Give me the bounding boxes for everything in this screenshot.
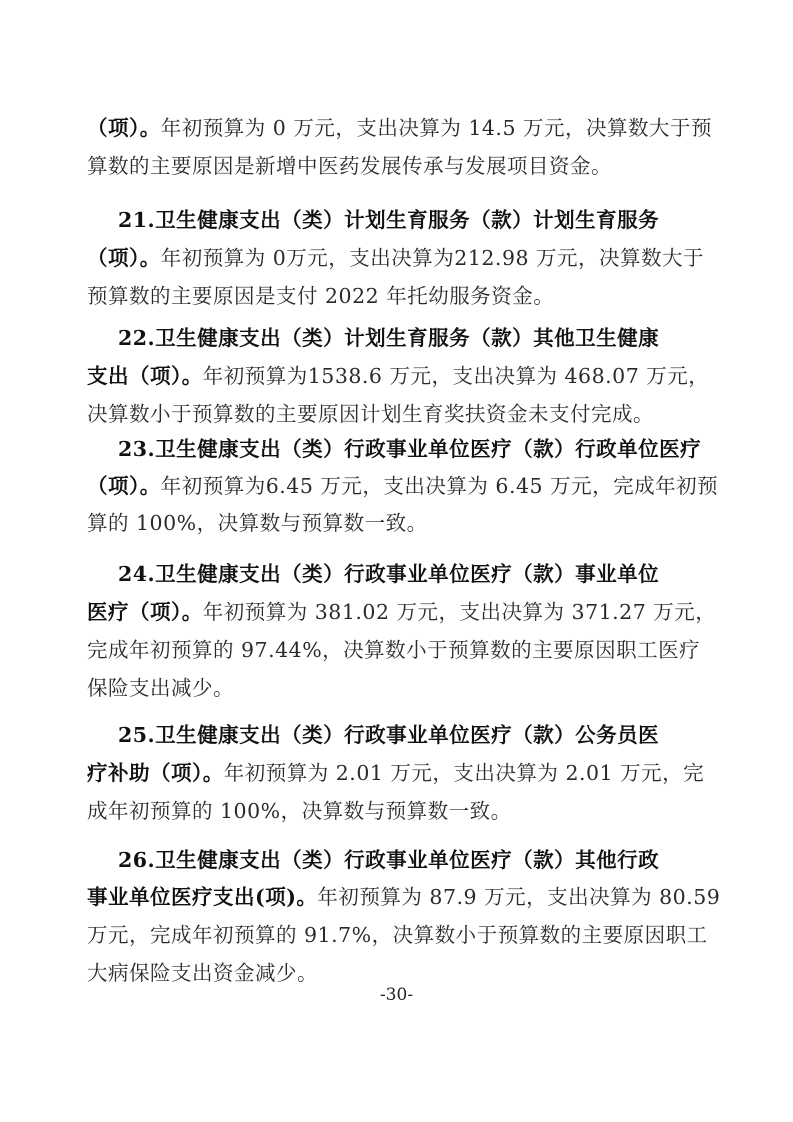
- paragraph-heading: 25.卫生健康支出（类）行政事业单位医疗（款）公务员医: [118, 720, 738, 750]
- paragraph-heading: 21.卫生健康支出（类）计划生育服务（款）计划生育服务: [118, 205, 738, 235]
- item-heading: 医疗（项）。: [87, 600, 203, 624]
- paragraph-line: （项）。年初预算为 0万元，支出决算为212.98 万元，决算数大于: [87, 243, 707, 273]
- paragraph-heading: 23.卫生健康支出（类）行政事业单位医疗（款）行政单位医疗: [118, 434, 738, 464]
- paragraph-line: 医疗（项）。年初预算为 381.02 万元，支出决算为 371.27 万元，: [87, 597, 707, 627]
- item-heading: 25.卫生健康支出（类）行政事业单位医疗（款）公务员医: [118, 723, 659, 747]
- item-body: 年初预算为1538.6 万元，支出决算为 468.07 万元，: [203, 364, 710, 388]
- paragraph-line: 支出（项）。年初预算为1538.6 万元，支出决算为 468.07 万元，: [87, 361, 707, 391]
- item-body: 年初预算为 87.9 万元，支出决算为 80.59: [317, 885, 720, 909]
- document-page: （项）。年初预算为 0 万元，支出决算为 14.5 万元，决算数大于预 算数的主…: [0, 0, 793, 1122]
- paragraph-line: 决算数小于预算数的主要原因计划生育奖扶资金未支付完成。: [87, 399, 707, 429]
- paragraph-line: （项）。年初预算为 0 万元，支出决算为 14.5 万元，决算数大于预: [87, 113, 707, 143]
- item-heading: 支出（项）。: [87, 364, 203, 388]
- item-body: 万元，完成年初预算的 91.7%，决算数小于预算数的主要原因职工: [87, 923, 708, 947]
- paragraph-line: 事业单位医疗支出(项)。年初预算为 87.9 万元，支出决算为 80.59: [87, 882, 707, 912]
- page-number: -30-: [0, 985, 793, 1005]
- item-body: 年初预算为 0万元，支出决算为212.98 万元，决算数大于: [161, 246, 704, 270]
- item-body: 年初预算为6.45 万元，支出决算为 6.45 万元，完成年初预: [161, 474, 718, 498]
- paragraph-line: 万元，完成年初预算的 91.7%，决算数小于预算数的主要原因职工: [87, 920, 707, 950]
- item-heading: 疗补助（项）。: [87, 761, 224, 785]
- item-heading: （项）。: [87, 116, 161, 140]
- paragraph-heading: 22.卫生健康支出（类）计划生育服务（款）其他卫生健康: [118, 323, 738, 353]
- item-heading: 26.卫生健康支出（类）行政事业单位医疗（款）其他行政: [118, 848, 659, 872]
- item-heading: 21.卫生健康支出（类）计划生育服务（款）计划生育服务: [118, 208, 659, 232]
- item-body: 完成年初预算的 97.44%，决算数小于预算数的主要原因职工医疗: [87, 638, 700, 662]
- paragraph-line: 完成年初预算的 97.44%，决算数小于预算数的主要原因职工医疗: [87, 635, 707, 665]
- item-heading: 24.卫生健康支出（类）行政事业单位医疗（款）事业单位: [118, 562, 659, 586]
- item-heading: 22.卫生健康支出（类）计划生育服务（款）其他卫生健康: [118, 326, 659, 350]
- paragraph-line: 保险支出减少。: [87, 673, 707, 703]
- paragraph-line: 成年初预算的 100%，决算数与预算数一致。: [87, 796, 707, 826]
- item-body: 保险支出减少。: [87, 676, 234, 700]
- item-heading: 事业单位医疗支出(项)。: [87, 885, 317, 909]
- paragraph-heading: 26.卫生健康支出（类）行政事业单位医疗（款）其他行政: [118, 845, 738, 875]
- item-body: 大病保险支出资金减少。: [87, 961, 318, 985]
- paragraph-line: （项）。年初预算为6.45 万元，支出决算为 6.45 万元，完成年初预: [87, 471, 707, 501]
- item-body: 年初预算为 381.02 万元，支出决算为 371.27 万元，: [203, 600, 717, 624]
- paragraph-line: 疗补助（项）。年初预算为 2.01 万元，支出决算为 2.01 万元，完: [87, 758, 707, 788]
- paragraph-line: 大病保险支出资金减少。: [87, 958, 707, 988]
- item-heading: （项）。: [87, 474, 161, 498]
- item-heading: （项）。: [87, 246, 161, 270]
- item-body: 成年初预算的 100%，决算数与预算数一致。: [87, 799, 512, 823]
- paragraph-line: 算数的主要原因是新增中医药发展传承与发展项目资金。: [87, 151, 707, 181]
- paragraph-line: 预算数的主要原因是支付 2022 年托幼服务资金。: [87, 281, 707, 311]
- item-body: 算数的主要原因是新增中医药发展传承与发展项目资金。: [87, 154, 612, 178]
- item-body: 预算数的主要原因是支付 2022 年托幼服务资金。: [87, 284, 554, 308]
- item-body: 年初预算为 0 万元，支出决算为 14.5 万元，决算数大于预: [161, 116, 712, 140]
- item-body: 算的 100%，决算数与预算数一致。: [87, 511, 428, 535]
- paragraph-line: 算的 100%，决算数与预算数一致。: [87, 508, 707, 538]
- item-body: 年初预算为 2.01 万元，支出决算为 2.01 万元，完: [224, 761, 704, 785]
- paragraph-heading: 24.卫生健康支出（类）行政事业单位医疗（款）事业单位: [118, 559, 738, 589]
- item-heading: 23.卫生健康支出（类）行政事业单位医疗（款）行政单位医疗: [118, 437, 701, 461]
- item-body: 决算数小于预算数的主要原因计划生育奖扶资金未支付完成。: [87, 402, 654, 426]
